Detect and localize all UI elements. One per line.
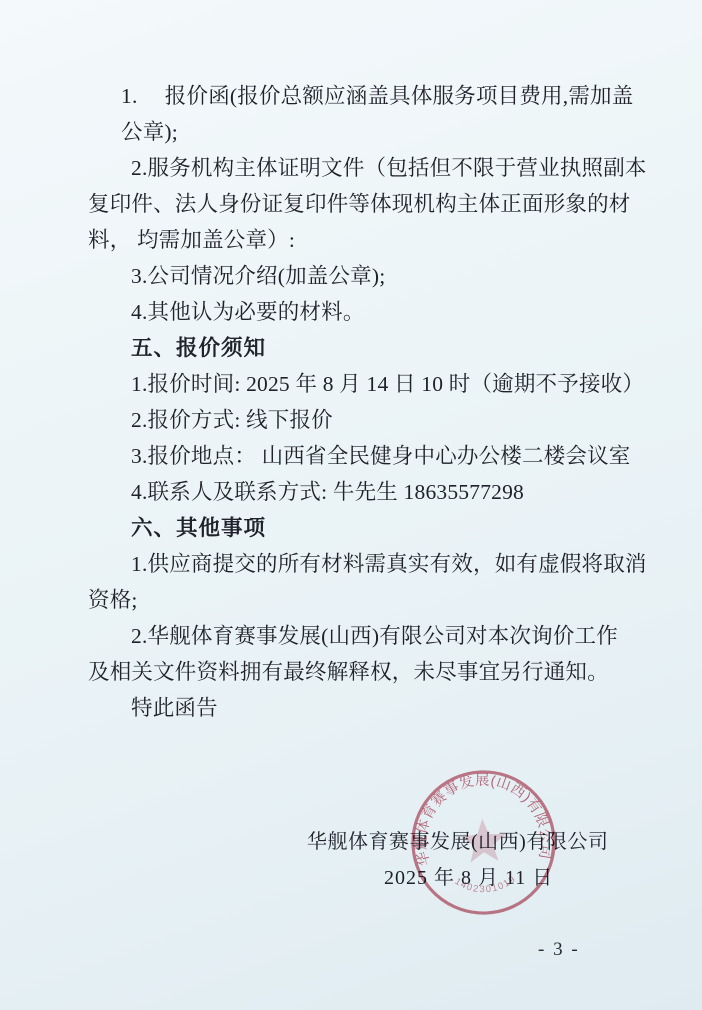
body-line-4: 复印件、法人身份证复印件等体现机构主体正面形象的材 bbox=[88, 186, 620, 222]
body-line-7: 4.其他认为必要的材料。 bbox=[88, 294, 620, 330]
page-number: - 3 - bbox=[538, 939, 580, 961]
body-line-11: 3.报价地点： 山西省全民健身中心办公楼二楼会议室 bbox=[88, 438, 620, 474]
body-line-12: 4.联系人及联系方式: 牛先生 18635577298 bbox=[88, 474, 620, 510]
body-line-16: 2.华舰体育赛事发展(山西)有限公司对本次询价工作 bbox=[88, 618, 620, 654]
body-line-5: 料， 均需加盖公章）: bbox=[88, 222, 620, 258]
section-heading-6: 六、其他事项 bbox=[88, 510, 620, 546]
section-heading-5: 五、报价须知 bbox=[88, 330, 620, 366]
body-line-14: 1.供应商提交的所有材料需真实有效，如有虚假将取消 bbox=[88, 546, 620, 582]
company-seal: 华舰体育赛事发展(山西)有限公司 1402301019 bbox=[405, 764, 562, 921]
svg-text:1402301019: 1402301019 bbox=[453, 872, 519, 896]
body-line-3: 2.服务机构主体证明文件（包括但不限于营业执照副本 bbox=[88, 150, 620, 186]
body-line-9: 1.报价时间: 2025 年 8 月 14 日 10 时（逾期不予接收） bbox=[88, 366, 620, 402]
body-line-2: 公章); bbox=[88, 114, 620, 150]
body-line-17: 及相关文件资料拥有最终解释权，未尽事宜另行通知。 bbox=[88, 654, 620, 690]
document-page: 1. 报价函(报价总额应涵盖具体服务项目费用,需加盖 公章); 2.服务机构主体… bbox=[0, 0, 702, 1010]
body-line-6: 3.公司情况介绍(加盖公章); bbox=[88, 258, 620, 294]
seal-serial-text: 1402301019 bbox=[453, 872, 519, 896]
seal-star-icon bbox=[460, 818, 507, 863]
body-line-1: 1. 报价函(报价总额应涵盖具体服务项目费用,需加盖 bbox=[88, 78, 620, 114]
body-line-18: 特此函告 bbox=[88, 690, 620, 726]
body-line-15: 资格; bbox=[88, 582, 620, 618]
body-line-10: 2.报价方式: 线下报价 bbox=[88, 402, 620, 438]
document-body: 1. 报价函(报价总额应涵盖具体服务项目费用,需加盖 公章); 2.服务机构主体… bbox=[88, 78, 620, 726]
